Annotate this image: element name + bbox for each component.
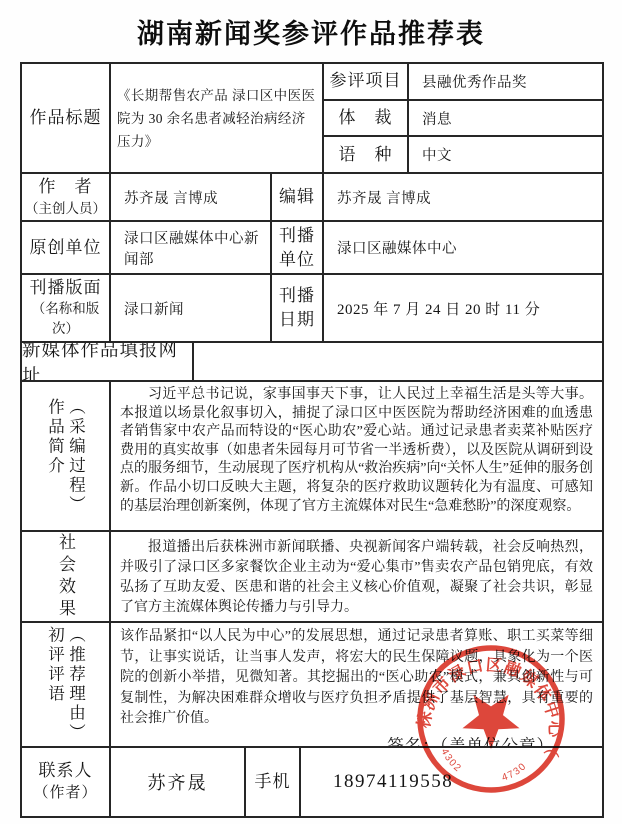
editor-label: 编辑 bbox=[270, 174, 322, 220]
contact-value: 苏齐晟 bbox=[109, 748, 244, 816]
entry-label: 参评项目 bbox=[324, 64, 407, 99]
row-units: 原创单位 渌口区融媒体中心新闻部 刊播 单位 渌口区融媒体中心 bbox=[22, 220, 602, 273]
publish-date-label: 刊播 日期 bbox=[270, 275, 322, 341]
genre-value: 消息 bbox=[407, 101, 602, 136]
editor-value: 苏齐晟 言博成 bbox=[322, 174, 602, 220]
page-title: 湖南新闻奖参评作品推荐表 bbox=[0, 12, 622, 51]
row-page-date: 刊播版面 （名称和版 次） 渌口新闻 刊播 日期 2025 年 7 月 24 日… bbox=[22, 273, 602, 341]
recommendation-cell: 该作品紧扣“以人民为中心”的发展思想，通过记录患者算账、职工买菜等细节，让事实说… bbox=[109, 623, 602, 746]
work-intro-cell: 习近平总书记说，家事国事天下事，让人民过上幸福生活是头等大事。本报道以场景化叙事… bbox=[109, 382, 602, 530]
row-recommendation: 初评评语 （推荐理由） 该作品紧扣“以人民为中心”的发展思想，通过记录患者算账、… bbox=[22, 621, 602, 746]
original-unit-value: 渌口区融媒体中心新闻部 bbox=[109, 222, 270, 273]
publish-page-label: 刊播版面 （名称和版 次） bbox=[22, 275, 109, 341]
scanned-form-page: 湖南新闻奖参评作品推荐表 作品标题 《长期帮售农产品 渌口区中医医院为 30 余… bbox=[0, 0, 622, 824]
recommendation-text: 该作品紧扣“以人民为中心”的发展思想，通过记录患者算账、职工买菜等细节，让事实说… bbox=[111, 623, 602, 730]
work-intro-label: 作品简介 （采编过程） bbox=[22, 382, 109, 530]
work-title-value: 《长期帮售农产品 渌口区中医医院为 30 余名患者减轻治病经济压力》 bbox=[109, 64, 322, 172]
row-work-title: 作品标题 《长期帮售农产品 渌口区中医医院为 30 余名患者减轻治病经济压力》 … bbox=[22, 64, 602, 172]
signature-line: 签名：（盖单位公章） bbox=[111, 732, 602, 747]
publish-unit-label: 刊播 单位 bbox=[270, 222, 322, 273]
author-label: 作 者 （主创人员） bbox=[22, 174, 109, 220]
row-social-effect: 社会效果 报道播出后获株洲市新闻联播、央视新闻客户端转载，社会反响热烈，并吸引了… bbox=[22, 530, 602, 621]
work-title-label: 作品标题 bbox=[22, 64, 109, 172]
genre-label: 体 裁 bbox=[324, 101, 407, 136]
work-intro-text: 习近平总书记说，家事国事天下事，让人民过上幸福生活是头等大事。本报道以场景化叙事… bbox=[111, 382, 602, 516]
entry-value: 县融优秀作品奖 bbox=[407, 64, 602, 99]
newmedia-url-value bbox=[192, 343, 602, 380]
row-author-editor: 作 者 （主创人员） 苏齐晟 言博成 编辑 苏齐晟 言博成 bbox=[22, 172, 602, 220]
row-contact: 联系人 （作者） 苏齐晟 手机 18974119558 bbox=[22, 746, 602, 816]
language-row: 语 种 中文 bbox=[324, 135, 602, 172]
social-effect-cell: 报道播出后获株洲市新闻联播、央视新闻客户端转载，社会反响热烈，并吸引了渌口区多家… bbox=[109, 532, 602, 621]
author-value: 苏齐晟 言博成 bbox=[109, 174, 270, 220]
publish-date-value: 2025 年 7 月 24 日 20 时 11 分 bbox=[322, 275, 602, 341]
social-effect-text: 报道播出后获株洲市新闻联播、央视新闻客户端转载，社会反响热烈，并吸引了渌口区多家… bbox=[111, 532, 602, 618]
language-label: 语 种 bbox=[324, 137, 407, 172]
genre-row: 体 裁 消息 bbox=[324, 99, 602, 136]
social-effect-label: 社会效果 bbox=[22, 532, 109, 621]
row-newmedia-url: 新媒体作品填报网址 bbox=[22, 341, 602, 380]
mobile-label: 手机 bbox=[244, 748, 299, 816]
publish-unit-value: 渌口区融媒体中心 bbox=[322, 222, 602, 273]
entry-row: 参评项目 县融优秀作品奖 bbox=[324, 64, 602, 99]
contact-label: 联系人 （作者） bbox=[22, 748, 109, 816]
recommendation-form-table: 作品标题 《长期帮售农产品 渌口区中医医院为 30 余名患者减轻治病经济压力》 … bbox=[20, 62, 604, 818]
recommendation-label: 初评评语 （推荐理由） bbox=[22, 623, 109, 746]
publish-page-value: 渌口新闻 bbox=[109, 275, 270, 341]
language-value: 中文 bbox=[407, 137, 602, 172]
newmedia-url-label: 新媒体作品填报网址 bbox=[22, 343, 192, 380]
entry-genre-language-block: 参评项目 县融优秀作品奖 体 裁 消息 语 种 中文 bbox=[322, 64, 602, 172]
original-unit-label: 原创单位 bbox=[22, 222, 109, 273]
row-work-intro: 作品简介 （采编过程） 习近平总书记说，家事国事天下事，让人民过上幸福生活是头等… bbox=[22, 380, 602, 530]
mobile-value: 18974119558 bbox=[299, 748, 602, 816]
